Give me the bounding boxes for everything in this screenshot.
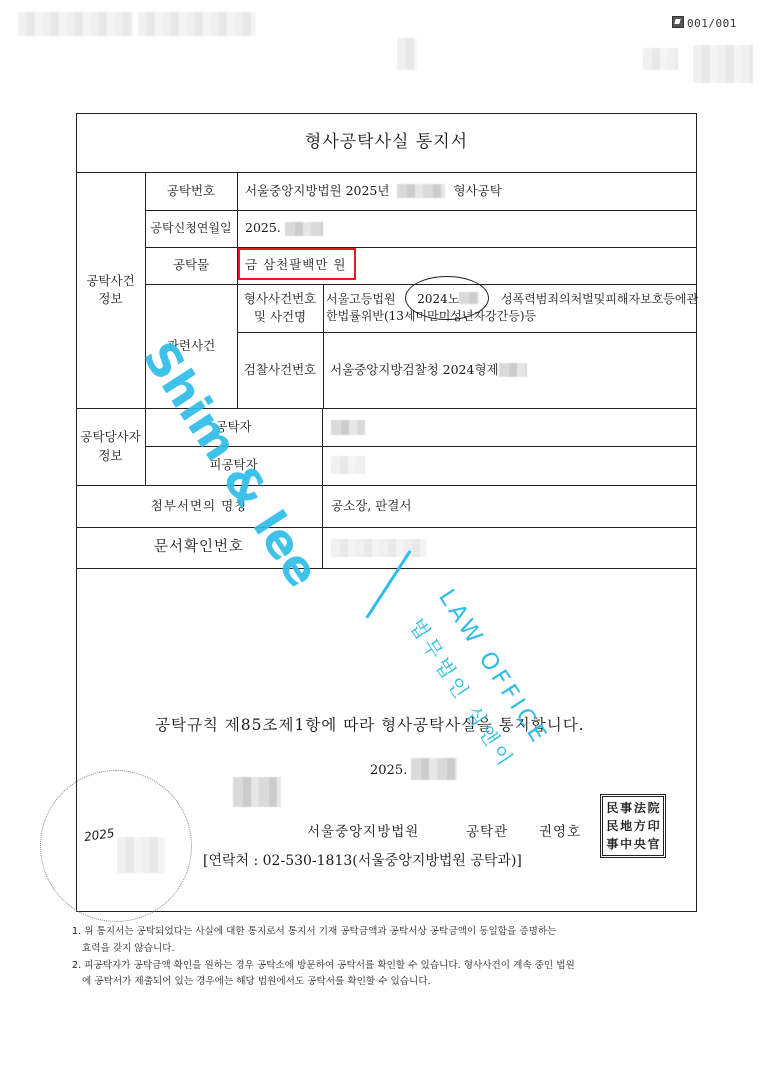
application-date-label: 공탁신청연월일 bbox=[145, 210, 237, 247]
case-number-circle-annotation bbox=[405, 276, 489, 320]
redacted-application-date bbox=[285, 222, 323, 236]
signature-role: 공탁관 bbox=[466, 820, 508, 840]
fax-page-icon bbox=[672, 16, 684, 28]
redacted-fax-id-2 bbox=[693, 45, 753, 83]
note-2-line1: 2. 피공탁자가 공탁금액 확인을 원하는 경우 공탁소에 방문하여 공탁서를 … bbox=[72, 958, 712, 975]
deposit-amount-highlight bbox=[238, 248, 356, 280]
attachments-value: 공소장, 판결서 bbox=[331, 485, 631, 527]
redacted-prosecution-number bbox=[499, 363, 527, 377]
document-title: 형사공탁사실 통지서 bbox=[76, 113, 697, 172]
criminal-case-value-line1: 서울고등법원 2024노 성폭력범죄의처벌및피해자보호등에관 bbox=[326, 291, 698, 308]
redacted-fax-sender-2 bbox=[138, 12, 256, 36]
redacted-stamp-text bbox=[233, 777, 281, 807]
case-info-section-label: 공탁사건 정보 bbox=[76, 172, 145, 408]
issue-date: 2025. bbox=[370, 758, 457, 780]
prosecution-case-value: 서울중앙지방검찰청 2024형제 bbox=[330, 332, 690, 408]
contact-info: [연락처 : 02-530-1813(서울중앙지방법원 공탁과)] bbox=[203, 850, 522, 870]
note-1-line1: 1. 위 통지서는 공탁되었다는 사실에 대한 통지로서 통지서 기재 공탁금액… bbox=[72, 924, 712, 941]
fax-page-indicator: 001/001 bbox=[672, 16, 737, 30]
note-2-line2: 에 공탁서가 제출되어 있는 경우에는 해당 법원에서도 공탁서를 확인할 수 … bbox=[72, 974, 712, 991]
redacted-round-stamp-date bbox=[117, 837, 165, 873]
deposit-item-label: 공탁물 bbox=[145, 247, 237, 284]
footnotes: 1. 위 통지서는 공탁되었다는 사실에 대한 통지로서 통지서 기재 공탁금액… bbox=[72, 924, 712, 991]
redacted-deposit-number bbox=[397, 184, 445, 198]
party-info-section-label: 공탁당사자 정보 bbox=[76, 408, 145, 485]
redacted-doc-verification-number bbox=[331, 539, 427, 557]
note-1-line2: 효력을 갖지 않습니다. bbox=[72, 941, 712, 958]
redacted-fax-id bbox=[643, 48, 678, 70]
redacted-issue-date bbox=[411, 758, 457, 780]
redacted-depositee bbox=[331, 456, 365, 474]
deposit-number-value: 서울중앙지방법원 2025년 형사공탁 bbox=[245, 172, 685, 210]
criminal-case-value: 서울고등법원 2024노 성폭력범죄의처벌및피해자보호등에관 한법률위반(13세… bbox=[326, 284, 696, 332]
official-seal: 民事法院 民地方印 事中央官 bbox=[600, 794, 666, 858]
criminal-case-label: 형사사건번호 및 사건명 bbox=[237, 284, 323, 332]
redacted-fax-mark bbox=[397, 38, 417, 70]
signature-name: 권영호 bbox=[539, 820, 581, 840]
signature-court: 서울중앙지방법원 bbox=[307, 820, 419, 840]
deposit-number-label: 공탁번호 bbox=[145, 172, 237, 210]
redacted-depositor bbox=[331, 420, 365, 435]
redacted-fax-sender bbox=[18, 12, 133, 36]
prosecution-case-label: 검찰사건번호 bbox=[237, 332, 323, 408]
round-receipt-stamp bbox=[40, 770, 192, 922]
application-date-value: 2025. bbox=[245, 210, 685, 247]
